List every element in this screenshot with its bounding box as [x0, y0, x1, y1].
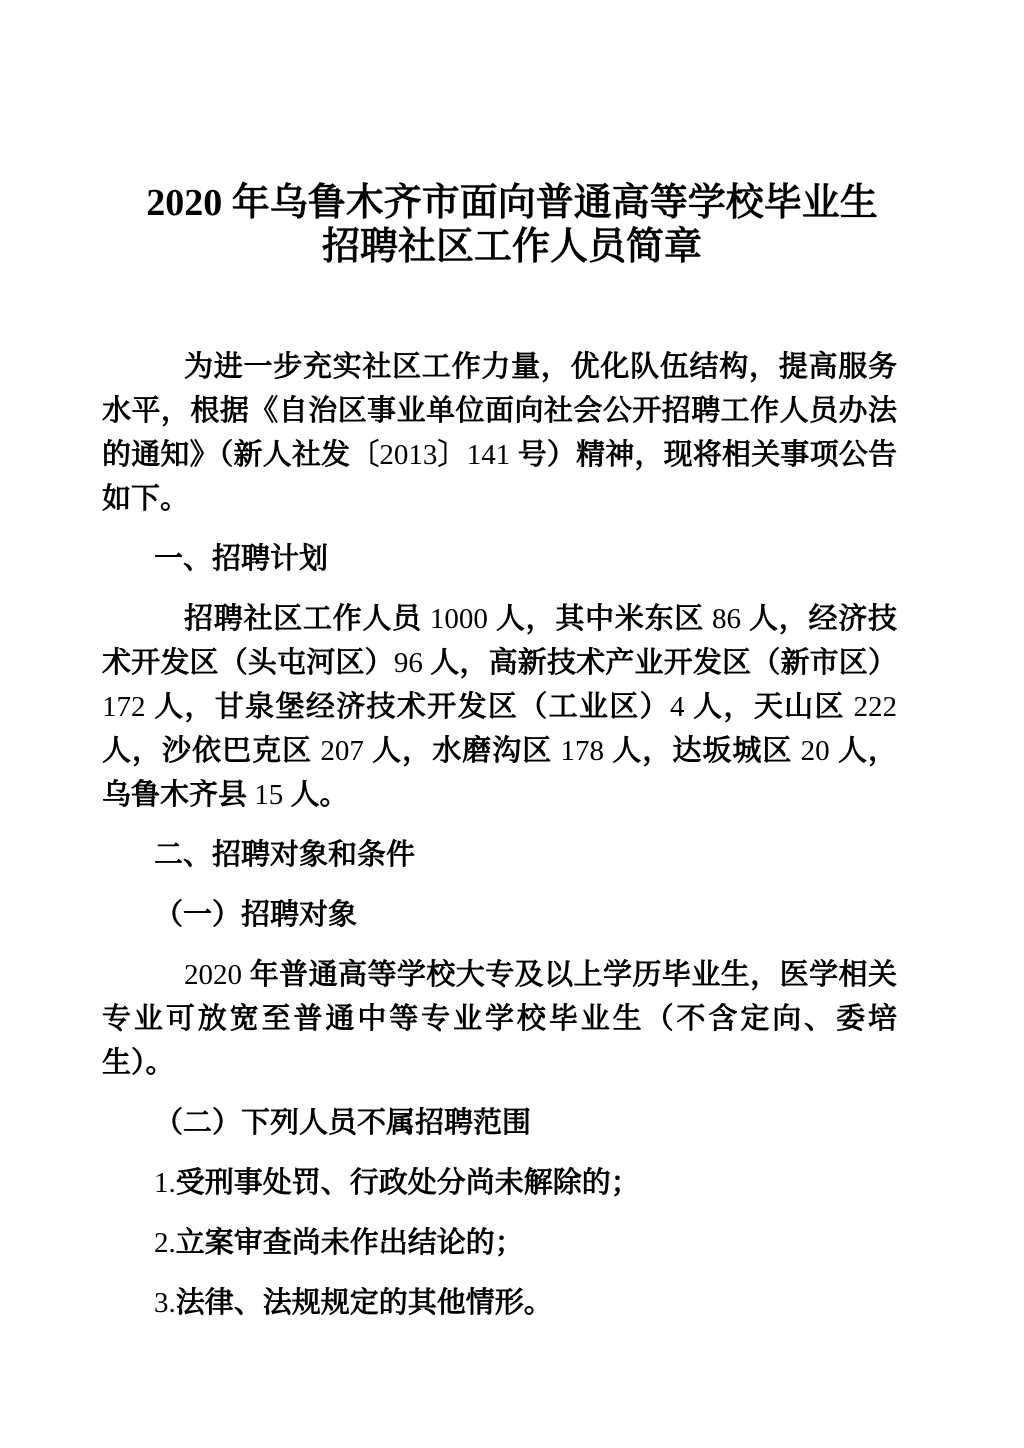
excluded-item-1: 1.受刑事处罚、行政处分尚未解除的； — [102, 1161, 897, 1205]
section-1-body: 招聘社区工作人员 1000 人，其中米东区 86 人，经济技术开发区（头屯河区）… — [102, 597, 897, 817]
title-line-1: 2020 年乌鲁木齐市面向普通高等学校毕业生 — [102, 181, 922, 225]
excluded-item-3: 3.法律、法规规定的其他情形。 — [102, 1281, 897, 1325]
subsection-1-body: 2020 年普通高等学校大专及以上学历毕业生，医学相关专业可放宽至普通中等专业学… — [102, 953, 897, 1085]
excluded-item-2: 2.立案审查尚未作出结论的； — [102, 1221, 897, 1265]
section-2-heading: 二、招聘对象和条件 — [102, 833, 897, 877]
subsection-1-heading: （一）招聘对象 — [102, 893, 897, 937]
document-title: 2020 年乌鲁木齐市面向普通高等学校毕业生 招聘社区工作人员简章 — [102, 181, 922, 269]
subsection-2-heading: （二）下列人员不属招聘范围 — [102, 1101, 897, 1145]
document-page: 2020 年乌鲁木齐市面向普通高等学校毕业生 招聘社区工作人员简章 为进一步充实… — [0, 0, 1024, 1448]
section-1-heading: 一、招聘计划 — [102, 537, 897, 581]
intro-paragraph: 为进一步充实社区工作力量，优化队伍结构，提高服务水平，根据《自治区事业单位面向社… — [102, 345, 897, 521]
title-line-2: 招聘社区工作人员简章 — [102, 225, 922, 269]
